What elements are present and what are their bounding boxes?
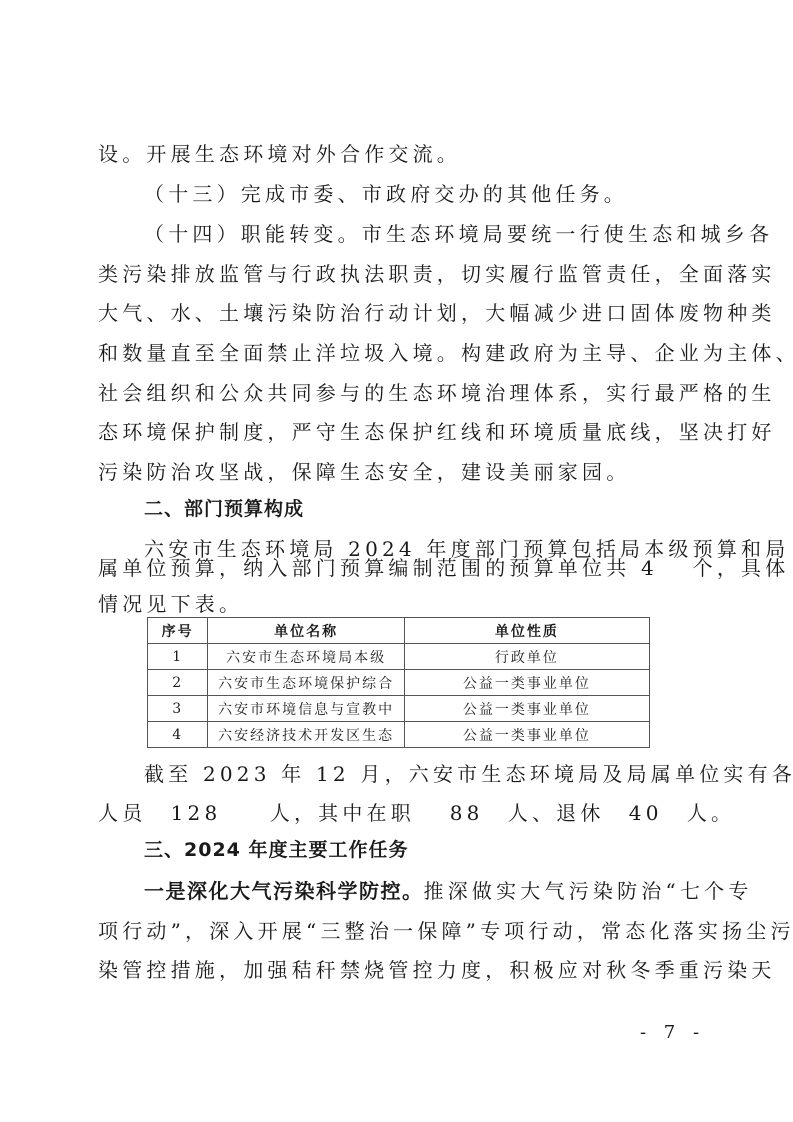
- header-unit-type: 单位性质: [404, 618, 649, 644]
- paragraph-line: 大气、水、土壤污染防治行动计划，大幅减少进口固体废物种类: [98, 301, 708, 325]
- section-heading: 三、2024 年度主要工作任务: [144, 838, 708, 862]
- paragraph-line: 类污染排放监管与行政执法职责，切实履行监管责任，全面落实: [98, 262, 708, 286]
- paragraph-line: 态环境保护制度，严守生态保护红线和环境质量底线，坚决打好: [98, 420, 708, 444]
- cell-unit-name: 六安市生态环境局本级: [208, 644, 405, 670]
- cell-unit-type: 行政单位: [404, 644, 649, 670]
- paragraph-line: 污染防治攻坚战，保障生态安全，建设美丽家园。: [98, 460, 708, 484]
- paragraph-line: 和数量直至全面禁止洋垃圾入境。构建政府为主导、企业为主体、: [98, 341, 708, 365]
- cell-index: 1: [148, 644, 208, 670]
- cell-index: 2: [148, 670, 208, 696]
- table-row: 4 六安经济技术开发区生态 公益一类事业单位: [148, 722, 650, 748]
- paragraph-line: 染管控措施，加强秸秆禁烧管控力度，积极应对秋冬季重污染天: [98, 958, 708, 982]
- cell-unit-type: 公益一类事业单位: [404, 696, 649, 722]
- paragraph-line: （十四）职能转变。市生态环境局要统一行使生态和城乡各: [144, 222, 708, 246]
- paragraph-line: 截至 2023 年 12 月，六安市生态环境局及局属单位实有各类: [144, 762, 708, 786]
- table-row: 1 六安市生态环境局本级 行政单位: [148, 644, 650, 670]
- table-header-row: 序号 单位名称 单位性质: [148, 618, 650, 644]
- paragraph-line: 社会组织和公众共同参与的生态环境治理体系，实行最严格的生: [98, 381, 708, 405]
- cell-unit-type: 公益一类事业单位: [404, 722, 649, 748]
- paragraph-line: 项行动”，深入开展“三整治一保障”专项行动，常态化落实扬尘污: [98, 919, 708, 943]
- item-text: 推深做实大气污染防治“七个专: [424, 879, 753, 903]
- paragraph-line: 人员 128 人，其中在职 88 人、退休 40 人。: [98, 801, 708, 825]
- cell-unit-name: 六安市生态环境保护综合: [208, 670, 405, 696]
- paragraph-line: 一是深化大气污染科学防控。推深做实大气污染防治“七个专: [144, 879, 708, 903]
- cell-index: 4: [148, 722, 208, 748]
- cell-unit-type: 公益一类事业单位: [404, 670, 649, 696]
- section-heading: 二、部门预算构成: [144, 497, 708, 521]
- item-lead: 一是深化大气污染科学防控。: [144, 879, 424, 903]
- table-row: 2 六安市生态环境保护综合 公益一类事业单位: [148, 670, 650, 696]
- cell-unit-name: 六安市环境信息与宣教中: [208, 696, 405, 722]
- budget-units-table: 序号 单位名称 单位性质 1 六安市生态环境局本级 行政单位 2 六安市生态环境…: [147, 617, 650, 748]
- cell-unit-name: 六安经济技术开发区生态: [208, 722, 405, 748]
- paragraph-line: 情况见下表。: [98, 592, 708, 616]
- paragraph-line: （十三）完成市委、市政府交办的其他任务。: [144, 182, 708, 206]
- header-index: 序号: [148, 618, 208, 644]
- paragraph-line: 属单位预算，纳入部门预算编制范围的预算单位共 4 个，具体: [98, 556, 708, 580]
- page-number: - 7 -: [640, 1022, 705, 1043]
- header-unit-name: 单位名称: [208, 618, 405, 644]
- table-row: 3 六安市环境信息与宣教中 公益一类事业单位: [148, 696, 650, 722]
- paragraph-line: 设。开展生态环境对外合作交流。: [98, 142, 708, 166]
- cell-index: 3: [148, 696, 208, 722]
